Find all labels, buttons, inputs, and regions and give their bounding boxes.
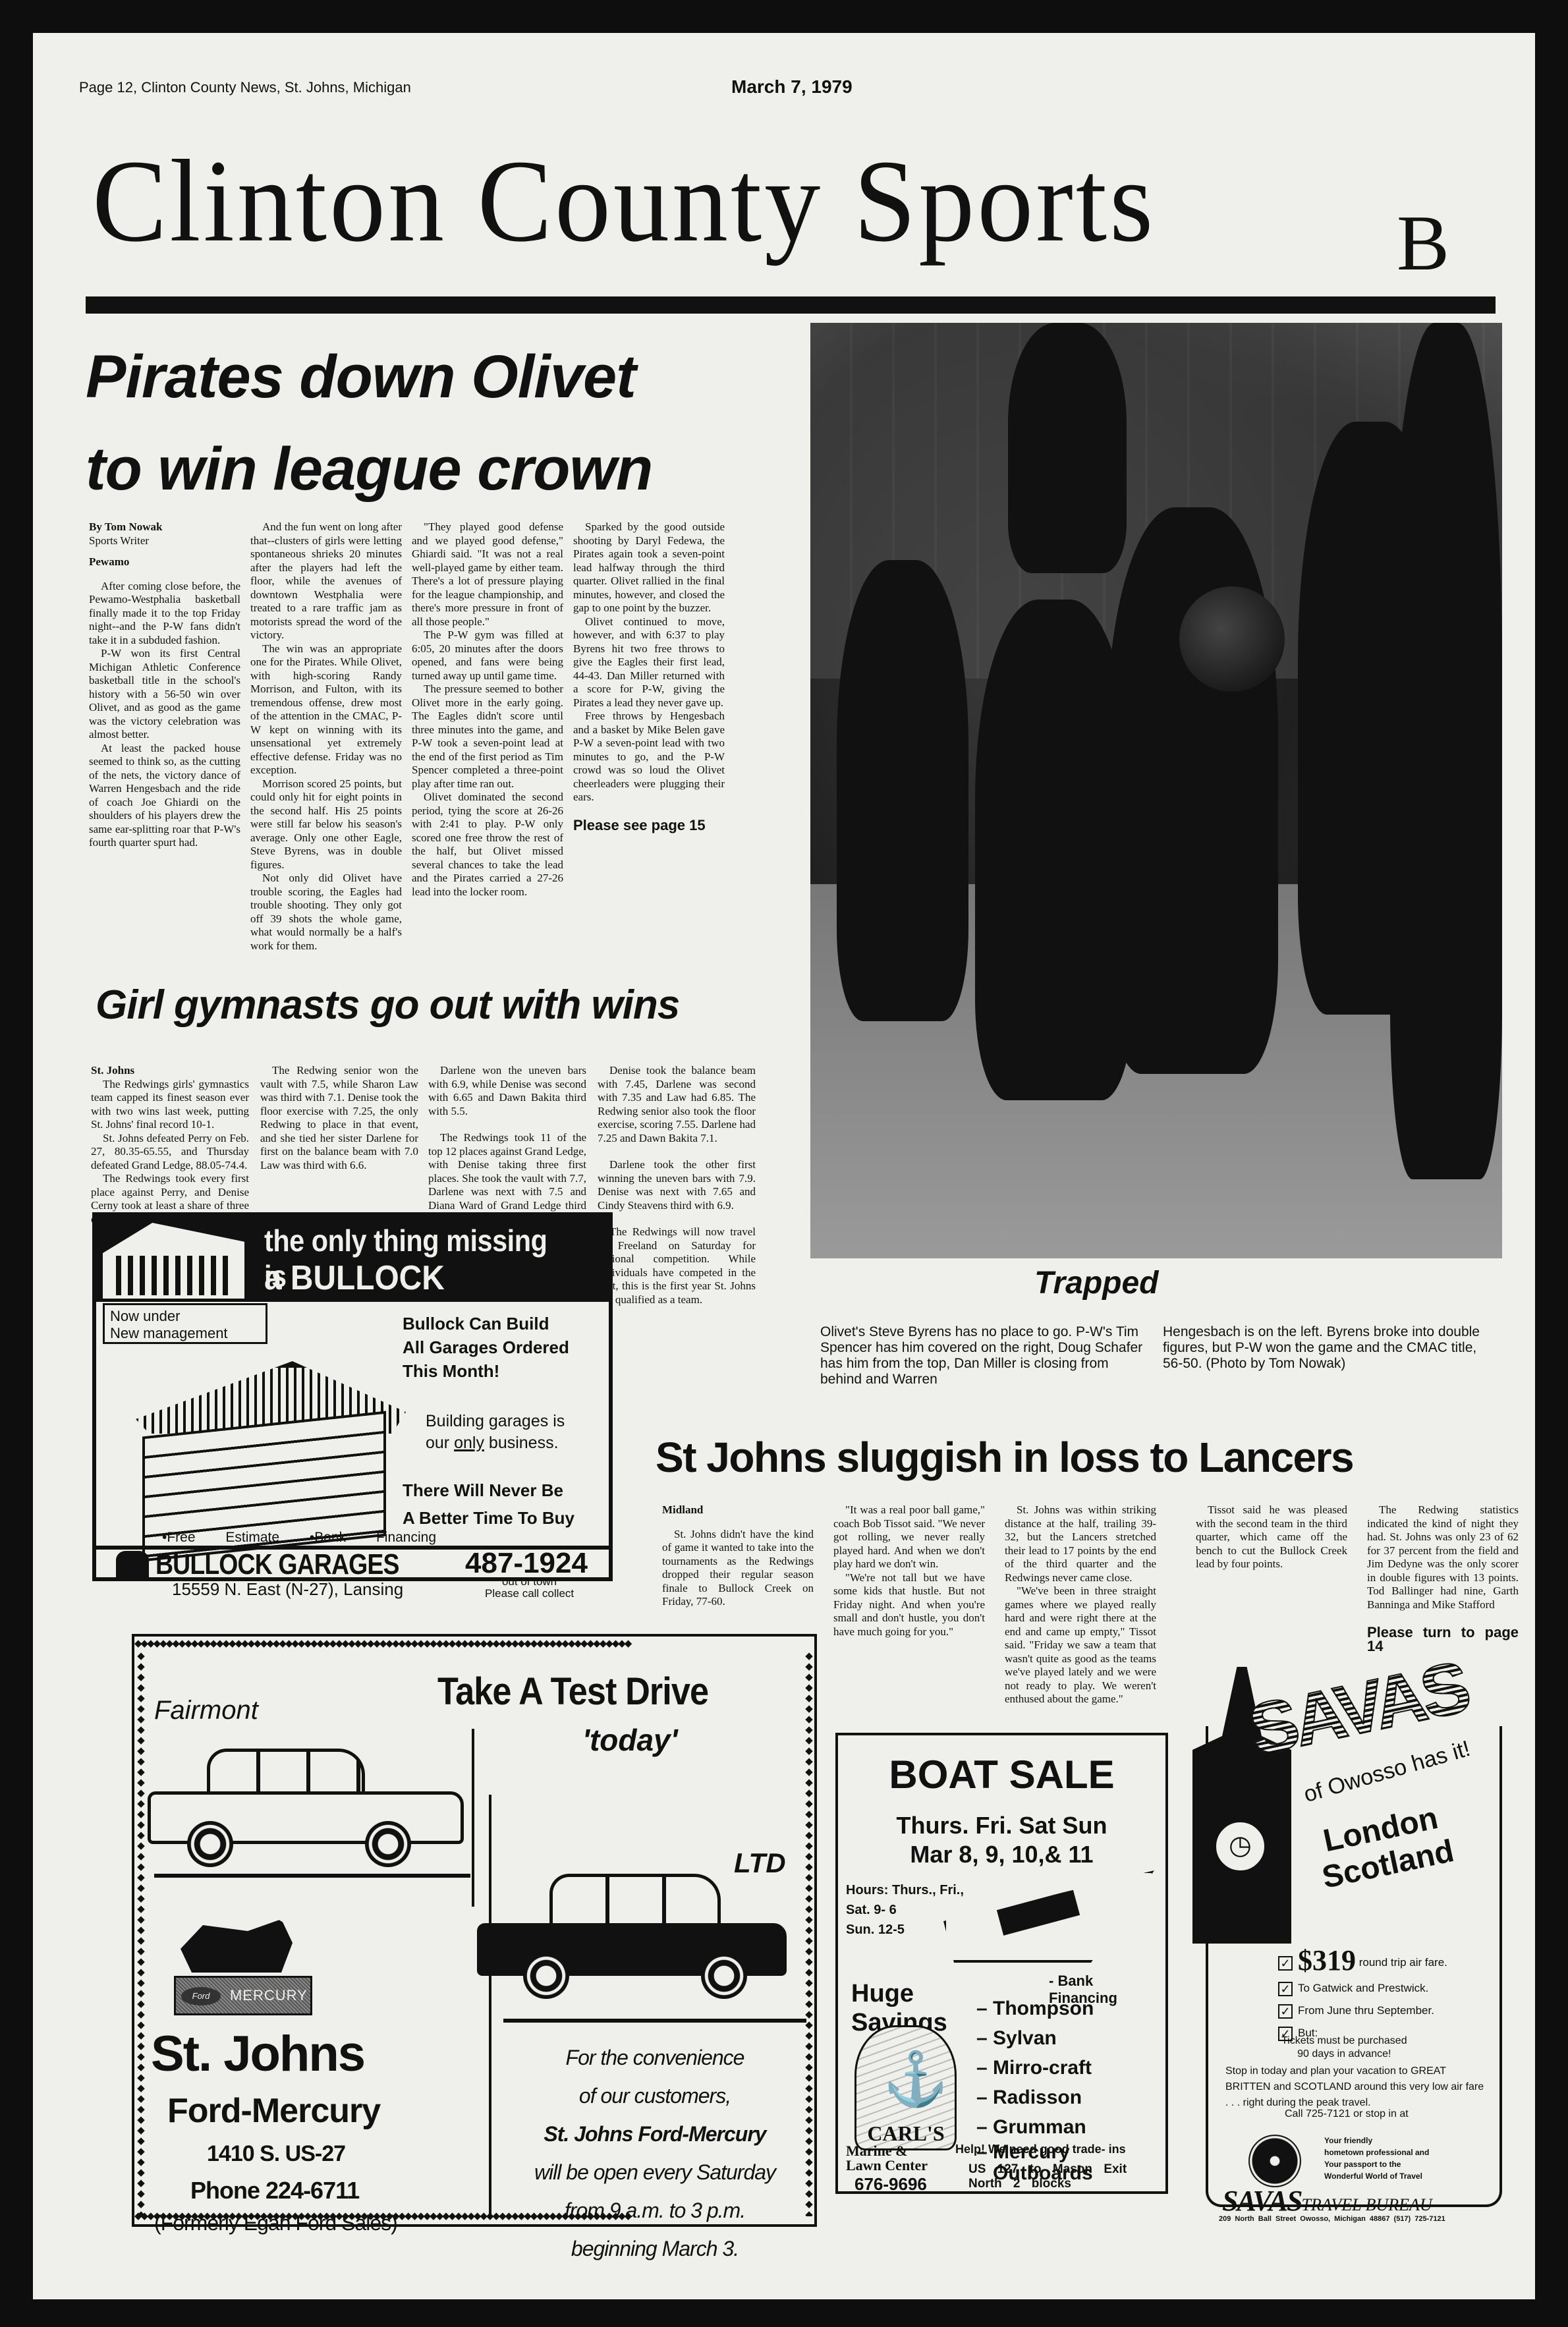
- paragraph: At least the packed house seemed to thin…: [89, 742, 240, 850]
- clock-icon: ◷: [1212, 1818, 1268, 1874]
- trade-in-note: Help! We need good trade- ins: [955, 2143, 1126, 2156]
- ad-body: Stop in today and plan your vacation to …: [1225, 2063, 1489, 2111]
- directions: US 127 to Mason ExitNorth 2 blocks: [968, 2162, 1127, 2191]
- paragraph: "We've been in three straight games wher…: [1005, 1584, 1156, 1706]
- store-name: Marine &Lawn Center: [846, 2144, 928, 2173]
- issue-date: March 7, 1979: [731, 76, 853, 98]
- dateline: Pewamo: [89, 555, 240, 569]
- store-phone: 676-9696: [854, 2174, 927, 2195]
- story3-column-2: "It was a real poor ball game," coach Bo…: [833, 1503, 985, 1639]
- brand-name: BULLOCK GARAGES: [155, 1548, 399, 1581]
- bureau-name: SAVASTRAVEL BUREAU: [1222, 2184, 1432, 2218]
- story1-headline-line1: Pirates down Olivet: [86, 343, 636, 412]
- paragraph: The P-W gym was filled at 6:05, 20 minut…: [412, 629, 563, 683]
- story3-column-4: Tissot said he was pleased with the seco…: [1196, 1503, 1347, 1571]
- address: 15559 N. East (N-27), Lansing: [172, 1579, 403, 1600]
- compass-icon: [1248, 2135, 1301, 2187]
- ad-subtitle: 'today': [582, 1722, 678, 1758]
- photo-title: Trapped: [1034, 1265, 1158, 1301]
- saturday-hours-notice: For the convenience of our customers, St…: [503, 2038, 806, 2268]
- house-illustration-icon: [103, 1223, 244, 1299]
- paragraph: Not only did Olivet have trouble scoring…: [250, 872, 402, 953]
- dateline: St. Johns: [91, 1064, 249, 1078]
- sale-dates: Thurs. Fri. Sat SunMar 8, 9, 10,& 11: [838, 1811, 1165, 1869]
- story1-column-3: "They played good defense and we played …: [412, 520, 563, 899]
- basketball-photo: [810, 323, 1502, 1258]
- dateline: Midland: [662, 1503, 814, 1517]
- paragraph: And the fun went on long after that--clu…: [250, 520, 402, 642]
- section-letter: B: [1397, 198, 1449, 289]
- story3-column-1: Midland St. Johns didn't have the kind o…: [662, 1503, 814, 1609]
- byline: By Tom NowakSports Writer: [89, 520, 240, 547]
- checkbox-icon: ✓: [1278, 1956, 1293, 1971]
- paragraph: The win was an appropriate one for the P…: [250, 642, 402, 777]
- ad-callout: There Will Never BeA Better Time To Buy: [403, 1476, 574, 1532]
- paragraph: Denise took the balance beam with 7.45, …: [598, 1064, 756, 1145]
- collect-note: out of townPlease call collect: [485, 1576, 574, 1600]
- paragraph: "They played good defense and we played …: [412, 520, 563, 629]
- paragraph: The Redwings will now travel to Freeland…: [598, 1225, 756, 1306]
- photo-caption-right: Hengesbach is on the left. Byrens broke …: [1163, 1324, 1492, 1372]
- ad-bullets: •Free Estimate •Bank Financing: [162, 1530, 436, 1546]
- carls-logo: ⚓ CARL'S: [854, 2025, 957, 2150]
- paragraph: The Redwings took 11 of the top 12 place…: [428, 1131, 586, 1226]
- dealer-brand: Ford-Mercury: [167, 2091, 380, 2131]
- paragraph: Olivet continued to move, however, and w…: [573, 615, 725, 710]
- story2-column-3: Darlene won the uneven bars with 6.9, wh…: [428, 1064, 586, 1226]
- story3-column-3: St. Johns was within striking distance a…: [1005, 1503, 1156, 1706]
- offer-checklist: ✓$319 round trip air fare. ✓To Gatwick a…: [1278, 1944, 1447, 2044]
- paragraph: Darlene took the other first winning the…: [598, 1158, 756, 1212]
- story1-column-2: And the fun went on long after that--clu…: [250, 520, 402, 953]
- ad-title: Take A Test Drive: [437, 1669, 708, 1714]
- section-masthead: Clinton County Sports: [92, 142, 1156, 260]
- checkbox-icon: ✓: [1278, 1982, 1293, 1996]
- checkbox-icon: ✓: [1278, 2004, 1293, 2019]
- ford-mercury-ad: ◆◆◆◆◆◆◆◆◆◆◆◆◆◆◆◆◆◆◆◆◆◆◆◆◆◆◆◆◆◆◆◆◆◆◆◆◆◆◆◆…: [132, 1634, 817, 2227]
- boat-sale-ad: BOAT SALE Thurs. Fri. Sat SunMar 8, 9, 1…: [835, 1733, 1168, 2194]
- ad-slogan: Building garages isour only business.: [426, 1411, 565, 1454]
- paragraph: Darlene won the uneven bars with 6.9, wh…: [428, 1064, 586, 1118]
- paragraph: "It was a real poor ball game," coach Bo…: [833, 1503, 985, 1571]
- diamond-border: ◆◆◆◆◆◆◆◆◆◆◆◆◆◆◆◆◆◆◆◆◆◆◆◆◆◆◆◆◆◆◆◆◆◆◆◆◆◆◆◆…: [134, 1639, 814, 1649]
- dealer-address: 1410 S. US-27: [207, 2141, 345, 2167]
- fairmont-car-icon: [148, 1749, 464, 1867]
- anchor-icon: ⚓: [883, 2054, 949, 2106]
- ford-mercury-sign: Ford MERCURY: [174, 1976, 312, 2015]
- paragraph: St. Johns didn't have the kind of game i…: [662, 1528, 814, 1609]
- savas-travel-ad: ◷ SAVAS of Owosso has it! LondonScotland…: [1192, 1647, 1502, 2214]
- paragraph: St. Johns was within striking distance a…: [1005, 1503, 1156, 1584]
- management-box: Now underNew management: [103, 1303, 267, 1344]
- paragraph: Tissot said he was pleased with the seco…: [1196, 1503, 1347, 1571]
- story2-headline: Girl gymnasts go out with wins: [96, 982, 679, 1028]
- paragraph: The Redwings girls' gymnastics team capp…: [91, 1078, 249, 1132]
- garage-illustration-icon: [136, 1361, 406, 1552]
- mercury-cougar-icon: [181, 1913, 293, 1973]
- paragraph: The pressure seemed to bother Olivet mor…: [412, 683, 563, 791]
- paragraph: Sparked by the good outside shooting by …: [573, 520, 725, 615]
- bull-logo-icon: [116, 1551, 149, 1581]
- paragraph: After coming close before, the Pewamo-We…: [89, 580, 240, 648]
- dealer-former-name: (Formerly Egan Ford Sales): [154, 2211, 397, 2235]
- speedboat-icon: [943, 1870, 1154, 1963]
- story1-column-4: Sparked by the good outside shooting by …: [573, 520, 725, 832]
- story2-column-4: Denise took the balance beam with 7.45, …: [598, 1064, 756, 1306]
- story2-column-2: The Redwing senior won the vault with 7.…: [260, 1064, 418, 1172]
- model-fairmont: Fairmont: [154, 1696, 258, 1725]
- jump-link[interactable]: Please see page 15: [573, 819, 725, 833]
- paragraph: Morrison scored 25 points, but could onl…: [250, 777, 402, 872]
- paragraph: "We're not tall but we have some kids th…: [833, 1571, 985, 1639]
- story3-column-5: The Redwing statistics indicated the kin…: [1367, 1503, 1519, 1653]
- slogan: Your friendlyhometown professional andYo…: [1324, 2135, 1429, 2182]
- paragraph: The Redwing statistics indicated the kin…: [1367, 1503, 1519, 1612]
- story1-headline-line2: to win league crown: [86, 435, 652, 504]
- photo-caption-left: Olivet's Steve Byrens has no place to go…: [820, 1324, 1150, 1388]
- diamond-border: ◆◆◆◆◆◆◆◆◆◆◆◆◆◆◆◆◆◆◆◆◆◆◆◆◆◆◆◆◆◆◆◆◆◆◆◆◆◆◆◆…: [136, 1650, 145, 2216]
- paragraph: St. Johns defeated Perry on Feb. 27, 80.…: [91, 1132, 249, 1173]
- newspaper-page: Page 12, Clinton County News, St. Johns,…: [33, 33, 1535, 2299]
- dealer-name: St. Johns: [151, 2025, 364, 2083]
- bureau-address: 209 North Ball Street Owosso, Michigan 4…: [1219, 2215, 1445, 2223]
- story2-column-1: St. Johns The Redwings girls' gymnastics…: [91, 1064, 249, 1226]
- story1-column-1: By Tom NowakSports Writer Pewamo After c…: [89, 520, 240, 850]
- ad-title: BOAT SALE: [838, 1752, 1165, 1797]
- paragraph: The Redwing senior won the vault with 7.…: [260, 1064, 418, 1172]
- ltd-car-icon: [477, 1874, 787, 1999]
- ad-pitch: Bullock Can BuildAll Garages OrderedThis…: [403, 1312, 569, 1383]
- paragraph: Free throws by Hengesbach and a basket b…: [573, 710, 725, 804]
- paragraph: P-W won its first Central Michigan Athle…: [89, 647, 240, 742]
- bullock-garage-ad: the only thing missing is a BULLOCK GARA…: [92, 1212, 613, 1581]
- paragraph: Olivet dominated the second period, tyin…: [412, 791, 563, 899]
- call-line: Call 725-7121 or stop in at: [1285, 2108, 1409, 2120]
- page-folio: Page 12, Clinton County News, St. Johns,…: [79, 79, 411, 96]
- story3-headline: St Johns sluggish in loss to Lancers: [656, 1433, 1353, 1482]
- advance-purchase-note: Tickets must be purchased90 days in adva…: [1281, 2034, 1407, 2061]
- dealer-phone: Phone 224-6711: [190, 2177, 359, 2204]
- masthead-rule: [86, 296, 1496, 314]
